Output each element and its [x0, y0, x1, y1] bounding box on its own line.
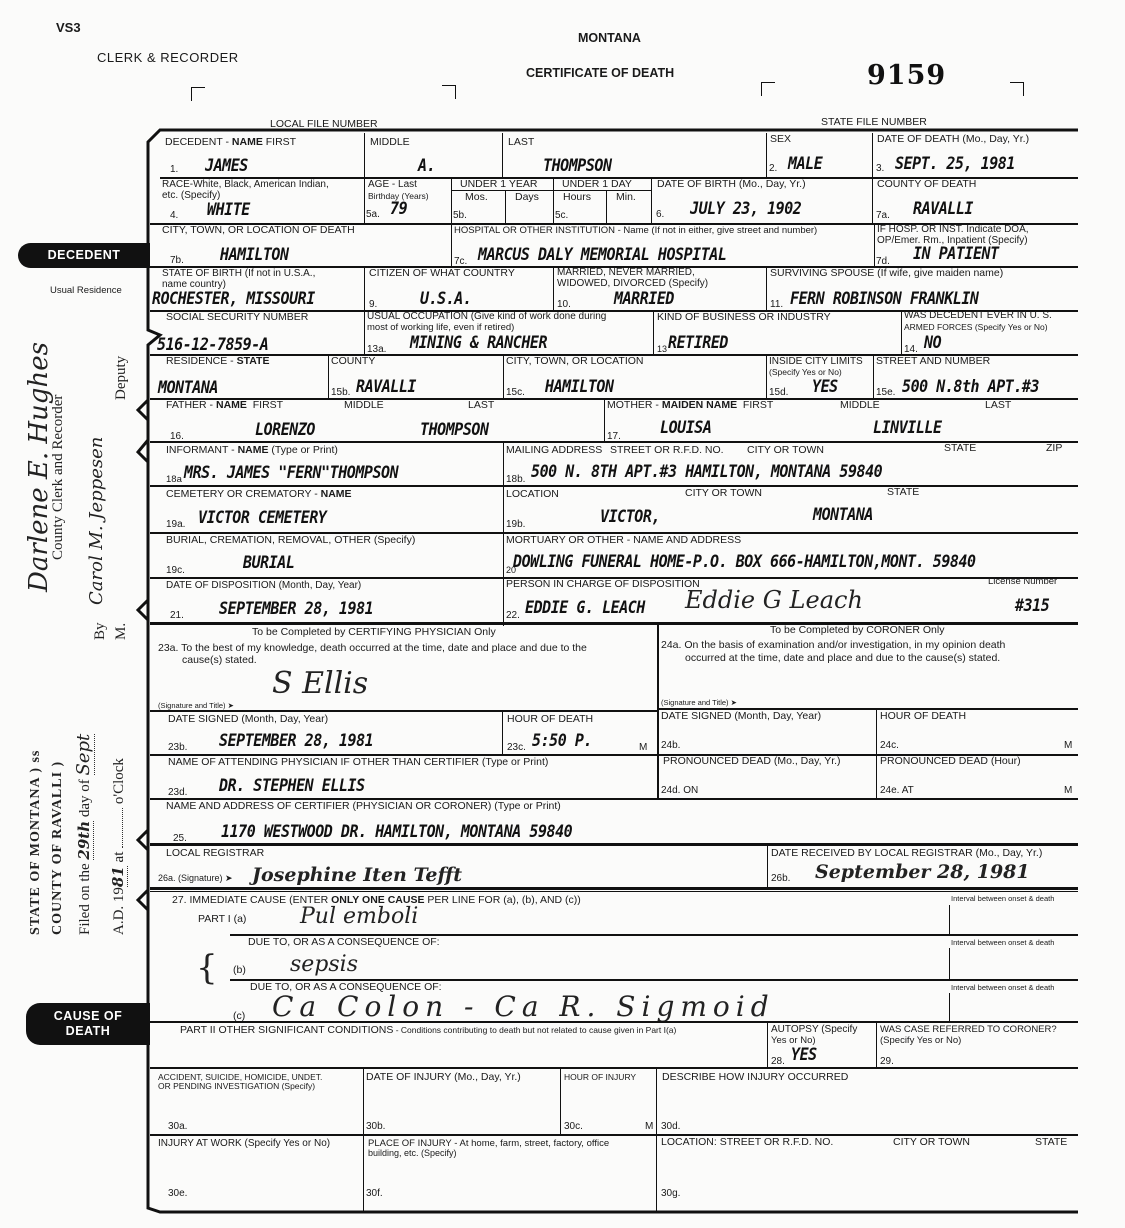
decedent-first-name: JAMES [205, 156, 248, 176]
divider [502, 133, 503, 177]
m-suffix: M [645, 1121, 653, 1132]
m-suffix: M [1064, 740, 1072, 751]
date-received: September 28, 1981 [815, 861, 1030, 883]
item-number: 3. [876, 163, 884, 174]
cemetery-city: VICTOR, [600, 507, 660, 527]
item-number: 15b. [331, 387, 350, 398]
hours-label: Hours [563, 192, 591, 203]
residence-city: HAMILTON [545, 377, 614, 397]
license-number-label: License Number [988, 576, 1057, 587]
hospital-label: HOSPITAL OR OTHER INSTITUTION - Name (If… [454, 225, 817, 236]
item-number: 9. [369, 299, 377, 310]
item-number: 2. [769, 163, 777, 174]
injury-hour-label: HOUR OF INJURY [564, 1072, 636, 1083]
spouse-label: SURVIVING SPOUSE (If wife, give maiden n… [770, 268, 1003, 279]
citizenship: U.S.A. [420, 289, 471, 309]
divider [766, 133, 767, 177]
mailing-state-label: STATE [944, 443, 976, 454]
m-label: M. [113, 623, 130, 640]
divider [651, 177, 652, 224]
decedent-section-tab: DECEDENT [18, 243, 150, 268]
filed-prefix: Filed on the [77, 863, 93, 935]
mailing-zip-label: ZIP [1046, 443, 1062, 454]
filed-line: Filed on the 29th day of Sept [73, 734, 95, 935]
age-value: 79 [390, 199, 407, 219]
m-suffix: M [639, 742, 647, 753]
item-number: 24e. AT [880, 785, 914, 796]
divider [766, 266, 767, 311]
race-value: WHITE [207, 200, 250, 220]
attending-physician: DR. STEPHEN ELLIS [219, 776, 365, 796]
physician-statement: 23a. To the best of my knowledge, death … [158, 643, 587, 654]
item-number: 30b. [366, 1121, 385, 1132]
filed-month: Sept [73, 734, 95, 776]
row-divider [150, 710, 657, 712]
coroner-date-label: DATE SIGNED (Month, Day, Year) [661, 711, 821, 722]
date-of-death: SEPT. 25, 1981 [895, 154, 1015, 174]
row-divider [150, 485, 1078, 487]
divider [872, 133, 873, 224]
middle-label: MIDDLE [370, 137, 410, 148]
registrar-signature-label: 26a. (Signature) ➤ [158, 873, 233, 884]
disposition-method-label: BURIAL, CREMATION, REMOVAL, OTHER (Speci… [166, 535, 415, 546]
marital-status-label: MARRIED, NEVER MARRIED, [557, 267, 695, 278]
informant-name: MRS. JAMES "FERN"THOMPSON [184, 463, 398, 483]
mortuary-label: MORTUARY OR OTHER - NAME AND ADDRESS [506, 535, 741, 546]
filed-day-of: day of [77, 779, 93, 817]
license-number: #315 [1015, 596, 1049, 616]
divider [606, 190, 607, 224]
item-number: 5b. [453, 210, 467, 221]
inside-city-label: INSIDE CITY LIMITS [769, 356, 863, 367]
divider [364, 266, 365, 311]
by-label: By [92, 622, 109, 640]
age-label: AGE - Last [368, 179, 417, 190]
autopsy-value: YES [791, 1045, 817, 1065]
divider [604, 398, 605, 443]
informant-address: 500 N. 8TH APT.#3 HAMILTON, MONTANA 5984… [531, 462, 882, 482]
part1-label: PART I (a) [198, 914, 246, 925]
physician-hour-label: HOUR OF DEATH [507, 714, 593, 725]
referred-to-coroner-label-2: (Specify Yes or No) [880, 1035, 961, 1046]
father-last-label: LAST [468, 400, 494, 411]
physician-heading: To be Completed by CERTIFYING PHYSICIAN … [252, 627, 496, 638]
item-number: 10. [557, 299, 571, 310]
item-number: 30f. [366, 1188, 383, 1199]
occupation: MINING & RANCHER [410, 333, 547, 353]
city-of-death: HAMILTON [220, 245, 289, 265]
item-number: 21. [170, 610, 184, 621]
divider [328, 354, 329, 399]
divider [560, 1068, 561, 1135]
divider [653, 310, 654, 355]
item-number: 18b. [506, 474, 525, 485]
interval-label: Interval between onset & death [951, 982, 1054, 993]
disposition-date-label: DATE OF DISPOSITION (Month, Day, Year) [166, 580, 361, 591]
occupation-label: USUAL OCCUPATION (Give kind of work done… [367, 311, 606, 322]
divider [503, 443, 504, 626]
ad-line: A.D. 1981 at o'Clock [109, 758, 128, 935]
date-of-birth: JULY 23, 1902 [690, 199, 801, 219]
divider [502, 710, 503, 755]
injury-date-label: DATE OF INJURY (Mo., Day, Yr.) [366, 1072, 521, 1083]
months-label: Mos. [465, 192, 488, 203]
county-of-death-label: COUNTY OF DEATH [877, 179, 976, 190]
injury-description-label: DESCRIBE HOW INJURY OCCURRED [662, 1072, 848, 1083]
coroner-hour-label: HOUR OF DEATH [880, 711, 966, 722]
injury-location-city-label: CITY OR TOWN [893, 1137, 970, 1148]
residence-state: MONTANA [158, 378, 218, 398]
divider [767, 843, 768, 888]
marital-status: MARRIED [614, 289, 674, 309]
armed-forces-label-2: ARMED FORCES (Specify Yes or No) [904, 322, 1048, 333]
item-number: 19c. [166, 565, 185, 576]
interval-label: Interval between onset & death [951, 893, 1054, 904]
mother-last-name: LINVILLE [873, 418, 942, 438]
father-first-name: LORENZO [255, 420, 315, 440]
interval-label: Interval between onset & death [951, 937, 1054, 948]
physician-signature: S Ellis [272, 666, 368, 701]
residence-county-label: COUNTY [331, 356, 375, 367]
physician-date-label: DATE SIGNED (Month, Day, Year) [168, 714, 328, 725]
divider [767, 1021, 768, 1068]
attending-physician-label: NAME OF ATTENDING PHYSICIAN IF OTHER THA… [168, 757, 548, 768]
cause-b-label: (b) [233, 965, 246, 976]
item-number: 7a. [876, 210, 890, 221]
injury-at-work-label: INJURY AT WORK (Specify Yes or No) [158, 1138, 330, 1149]
armed-forces: NO [924, 333, 941, 353]
state-line: STATE OF MONTANA ) ss [28, 750, 44, 935]
cemetery-location-label: LOCATION [506, 489, 559, 500]
coroner-signature-label: (Signature and Title) ➤ [661, 697, 737, 708]
residence-state-label: RESIDENCE - STATE [166, 356, 269, 367]
coroner-heading: To be Completed by CORONER Only [770, 625, 944, 636]
item-number: 5c. [555, 210, 568, 221]
business-label: KIND OF BUSINESS OR INDUSTRY [657, 312, 831, 323]
filed-day: 29th [75, 821, 94, 860]
injury-location-state-label: STATE [1035, 1137, 1067, 1148]
mother-first-name: LOUISA [660, 418, 711, 438]
item-number: 28. [771, 1056, 785, 1067]
citizenship-label: CITIZEN OF WHAT COUNTRY [369, 268, 515, 279]
pronounced-hour-label: PRONOUNCED DEAD (Hour) [880, 756, 1021, 767]
divider [657, 622, 659, 800]
county-of-death: RAVALLI [913, 199, 973, 219]
ad-year: 81 [109, 866, 128, 887]
row-divider [150, 441, 1078, 443]
item-number: 30d. [661, 1121, 680, 1132]
registrar-signature: Josephine Iten Tefft [252, 864, 462, 886]
birth-state: ROCHESTER, MISSOURI [152, 289, 315, 309]
residence-county: RAVALLI [356, 377, 416, 397]
divider [363, 1068, 364, 1212]
autopsy-label: AUTOPSY (Specify [771, 1024, 857, 1035]
item-number: 1. [170, 164, 178, 175]
item-number: 30a. [168, 1121, 187, 1132]
ad-prefix: A.D. 19 [111, 887, 127, 935]
business-industry: RETIRED [668, 333, 728, 353]
person-in-charge-label: PERSON IN CHARGE OF DISPOSITION [506, 579, 700, 590]
divider [451, 223, 452, 267]
item-number: 30g. [661, 1188, 680, 1199]
item-number: 23d. [168, 787, 187, 798]
item-number: 24b. [661, 740, 680, 751]
mortuary-name-address: DOWLING FUNERAL HOME-P.O. BOX 666-HAMILT… [513, 552, 976, 572]
cemetery-city-label: CITY OR TOWN [685, 488, 762, 499]
item-number: 18a [166, 474, 182, 485]
funeral-director-signature: Eddie G Leach [685, 586, 863, 614]
cause-bracket: { [196, 948, 218, 988]
divider [364, 177, 365, 224]
city-of-death-label: CITY, TOWN, OR LOCATION OF DEATH [162, 225, 355, 236]
section-divider [150, 887, 1078, 890]
mother-name-label: MOTHER - MAIDEN NAME FIRST [607, 400, 773, 411]
due-to-label-1: DUE TO, OR AS A CONSEQUENCE OF: [248, 937, 440, 948]
item-number: 24d. ON [661, 785, 698, 796]
item-number: 11. [770, 299, 783, 310]
m-suffix: M [1064, 785, 1072, 796]
section-divider [150, 843, 1078, 846]
section-divider [150, 1067, 1078, 1069]
ssn-label: SOCIAL SECURITY NUMBER [166, 312, 308, 323]
item-number: 30c. [564, 1121, 583, 1132]
at-label: at [111, 852, 127, 863]
item-number: 19a. [166, 519, 185, 530]
item-number: 29. [880, 1056, 894, 1067]
birth-state-label: STATE OF BIRTH (If not in U.S.A., [162, 268, 315, 279]
under-1-year-label: UNDER 1 YEAR [460, 179, 537, 190]
inside-city-limits: YES [812, 377, 838, 397]
clerk-title: County Clerk and Recorder [50, 395, 67, 560]
residence-city-label: CITY, TOWN, OR LOCATION [506, 356, 644, 367]
father-name-label: FATHER - NAME FIRST [166, 400, 283, 411]
under-1-day-label: UNDER 1 DAY [562, 179, 632, 190]
physician-statement-2: cause(s) stated. [182, 655, 257, 666]
cause-c-value: Ca Colon - Ca R. Sigmoid [272, 990, 775, 1023]
divider [505, 190, 506, 224]
coroner-statement: 24a. On the basis of examination and/or … [661, 640, 1005, 651]
person-in-charge: EDDIE G. LEACH [525, 598, 645, 618]
cause-b-value: sepsis [290, 952, 358, 977]
interval-divider [949, 948, 950, 980]
cemetery-state: MONTANA [813, 505, 873, 525]
at-time-blank [122, 808, 123, 848]
referred-to-coroner-label: WAS CASE REFERRED TO CORONER? [880, 1024, 1057, 1035]
divider [553, 266, 554, 311]
last-label: LAST [508, 137, 534, 148]
father-middle-label: MIDDLE [344, 400, 384, 411]
mother-last-label: LAST [985, 400, 1011, 411]
divider [451, 177, 452, 224]
cause-tab-line2: DEATH [26, 1024, 150, 1039]
pronounced-date-label: PRONOUNCED DEAD (Mo., Day, Yr.) [663, 756, 841, 767]
divider [553, 177, 554, 224]
item-number: 15e. [876, 387, 895, 398]
certifier-label: NAME AND ADDRESS OF CERTIFIER (PHYSICIAN… [166, 801, 561, 812]
local-registrar-label: LOCAL REGISTRAR [166, 848, 264, 859]
cemetery-name: VICTOR CEMETERY [198, 508, 327, 528]
divider [874, 223, 875, 267]
part2-label: PART II OTHER SIGNIFICANT CONDITIONS - C… [180, 1025, 676, 1036]
sex-label: SEX [770, 134, 791, 145]
divider [766, 354, 767, 399]
item-number: 6. [656, 209, 664, 220]
divider [364, 310, 365, 355]
institution-status: IN PATIENT [913, 244, 999, 264]
cause-line-c [150, 1021, 1078, 1023]
item-number: 7b. [170, 255, 184, 266]
race-label: RACE-White, Black, American Indian, [162, 179, 329, 190]
cemetery-label: CEMETERY OR CREMATORY - NAME [166, 489, 352, 500]
occupation-label-2: most of working life, even if retired) [367, 322, 514, 333]
marital-status-label-2: WIDOWED, DIVORCED (Specify) [557, 278, 708, 289]
informant-name-label: INFORMANT - NAME (Type or Print) [166, 445, 338, 456]
ssn-value: 516-12-7859-A [157, 335, 268, 355]
date-of-death-label: DATE OF DEATH (Mo., Day, Yr.) [877, 134, 1029, 145]
street-label: STREET AND NUMBER [876, 356, 990, 367]
divider [656, 1068, 657, 1212]
injury-location-label: LOCATION: STREET OR R.F.D. NO. [661, 1137, 833, 1148]
cemetery-state-label: STATE [887, 487, 919, 498]
item-number: 15c. [506, 387, 525, 398]
item-number: 26b. [771, 873, 790, 884]
disposition-date: SEPTEMBER 28, 1981 [219, 599, 373, 619]
mailing-street-label: STREET OR R.F.D. NO. [610, 445, 724, 456]
cause-a-value: Pul emboli [300, 904, 418, 929]
hospital-name: MARCUS DALY MEMORIAL HOSPITAL [478, 245, 726, 265]
item-number: 5a. [366, 209, 380, 220]
date-received-label: DATE RECEIVED BY LOCAL REGISTRAR (Mo., D… [771, 848, 1042, 859]
interval-divider [949, 905, 950, 935]
item-number: 13 [657, 344, 667, 354]
county-line: COUNTY OF RAVALLI ) [50, 761, 66, 935]
item-number: 22. [506, 610, 520, 621]
item-number: 23b. [168, 742, 187, 753]
injury-place-label-2: building, etc. (Specify) [368, 1148, 457, 1159]
father-last-name: THOMPSON [420, 420, 489, 440]
usual-residence-label: Usual Residence [50, 285, 122, 296]
divider [876, 1021, 877, 1068]
item-number: 19b. [506, 519, 525, 530]
cause-tab-line1: CAUSE OF [26, 1009, 150, 1024]
mailing-city-label: CITY OR TOWN [747, 445, 824, 456]
decedent-middle-name: A. [418, 156, 435, 176]
item-number: 4. [170, 210, 178, 221]
armed-forces-label: WAS DECEDENT EVER IN U. S. [904, 310, 1052, 321]
mailing-address-label: MAILING ADDRESS [506, 445, 602, 456]
item-number: 15d. [769, 387, 788, 398]
item-number: 30e. [168, 1188, 187, 1199]
deputy-signature: Carol M. Jeppesen [86, 437, 107, 605]
institution-status-label: IF HOSP. OR INST. Indicate DOA, [877, 224, 1029, 235]
interval-divider [949, 993, 950, 1021]
hour-of-death: 5:50 P. [532, 731, 592, 751]
mother-middle-label: MIDDLE [840, 400, 880, 411]
decedent-sex: MALE [788, 154, 822, 174]
divider [901, 310, 902, 355]
minutes-label: Min. [616, 192, 636, 203]
decedent-name-label: DECEDENT - NAME FIRST [165, 137, 296, 148]
manner-label-2: OR PENDING INVESTIGATION (Specify) [158, 1081, 315, 1092]
certifier-address: 1170 WESTWOOD DR. HAMILTON, MONTANA 5984… [221, 822, 572, 842]
physician-date-signed: SEPTEMBER 28, 1981 [219, 731, 373, 751]
days-label: Days [515, 192, 539, 203]
divider [873, 354, 874, 399]
item-number: 23c. [507, 742, 526, 753]
cause-of-death-section-tab: CAUSE OF DEATH [26, 1003, 150, 1045]
divider [503, 354, 504, 399]
residence-street: 500 N.8th APT.#3 [902, 377, 1039, 397]
disposition-method: BURIAL [243, 553, 294, 573]
deputy-label: Deputy [113, 356, 130, 400]
coroner-statement-2: occurred at the time, date and place and… [685, 653, 1000, 664]
item-number: 24c. [880, 740, 899, 751]
decedent-last-name: THOMPSON [543, 156, 612, 176]
oclock-label: o'Clock [111, 758, 127, 804]
section-divider [150, 891, 1078, 892]
surviving-spouse: FERN ROBINSON FRANKLIN [790, 289, 978, 309]
date-of-birth-label: DATE OF BIRTH (Mo., Day, Yr.) [657, 179, 806, 190]
divider [364, 133, 365, 177]
